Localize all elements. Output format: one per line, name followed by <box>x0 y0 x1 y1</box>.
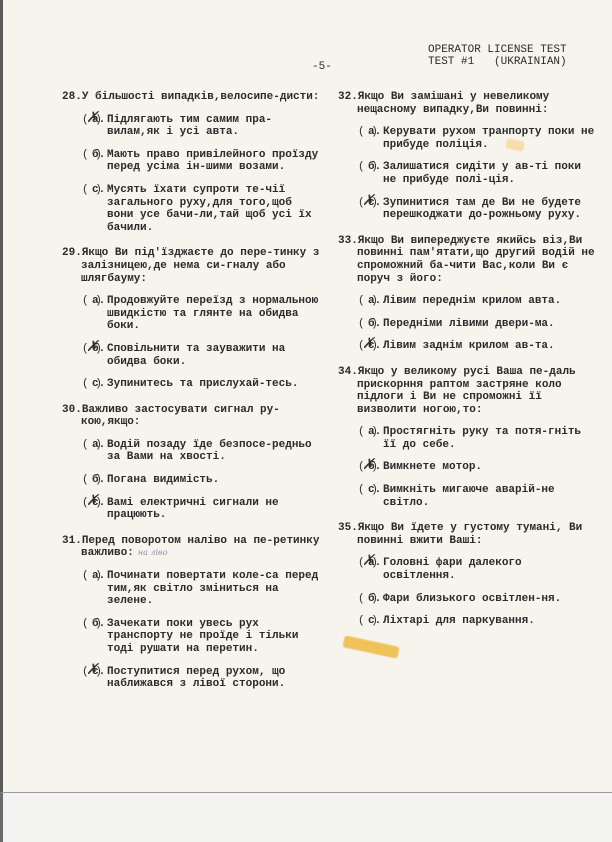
answer-option[interactable]: ( )✗с.Поступитися перед рухом, що наближ… <box>62 666 322 691</box>
question-32: 32.Якщо Ви замішані у невеликому нещасно… <box>338 91 598 222</box>
option-letter: а. <box>92 439 105 452</box>
answer-option[interactable]: ( )с.Мусять їхати супроти те-чії загальн… <box>62 184 322 234</box>
option-text: Вимкнете мотор. <box>383 461 482 473</box>
question-number: 28. <box>62 91 82 103</box>
left-column: 28.У більшості випадків,велосипе-дисти:(… <box>62 91 322 704</box>
option-letter: с. <box>368 197 381 210</box>
answer-option[interactable]: ( )✗с.Лівим заднім крилом ав-та. <box>338 340 598 353</box>
option-text: Передніми лівими двери-ма. <box>383 318 555 330</box>
option-text: Мають право привілейного проїзду перед у… <box>107 149 325 174</box>
question-33: 33.Якщо Ви випереджуєте якийсь віз,Ви по… <box>338 235 598 353</box>
answer-option[interactable]: ( )с.Вимкніть мигаюче аварій-не світло. <box>338 484 598 509</box>
question-34: 34.Якщо у великому русі Ваша пе-даль при… <box>338 366 598 509</box>
option-letter: б. <box>92 618 105 631</box>
answer-option[interactable]: ( )а.Починати повертати коле-са перед ти… <box>62 570 322 608</box>
option-text: Лівим переднім крилом авта. <box>383 295 561 307</box>
option-text: Сповільнити та зауважити на обидва боки. <box>107 343 292 368</box>
answer-option[interactable]: ( )а.Керувати рухом транпорту поки не пр… <box>338 126 598 151</box>
option-letter: а. <box>92 114 105 127</box>
option-letter: б. <box>368 461 381 474</box>
option-text: Підлягають тим самим пра-вилам,як і усі … <box>107 114 272 139</box>
option-letter: б. <box>92 343 105 356</box>
option-letter: с. <box>92 378 105 391</box>
right-column: 32.Якщо Ви замішані у невеликому нещасно… <box>338 91 598 641</box>
answer-option[interactable]: ( )а.Продовжуйте переїзд з нормальною шв… <box>62 295 322 333</box>
option-letter: б. <box>368 593 381 606</box>
question-number: 35. <box>338 522 358 534</box>
answer-option[interactable]: ( )✗с.Зупинитися там де Ви не будете пер… <box>338 197 598 222</box>
question-text: Якщо у великому русі Ваша пе-даль приско… <box>357 366 582 416</box>
option-letter: а. <box>368 426 381 439</box>
answer-option[interactable]: ( )б.Передніми лівими двери-ма. <box>338 318 598 331</box>
question-number: 29. <box>62 247 82 259</box>
question-text: Важливо застосувати сигнал ру-кою,якщо: <box>81 404 280 429</box>
option-text: Головні фари далекого освітлення. <box>383 557 528 582</box>
header-subtitle: TEST #1 (UKRAINIAN) <box>428 56 567 68</box>
option-text: Залишатися сидіти у ав-ті поки не прибуд… <box>383 161 588 186</box>
option-letter: с. <box>92 497 105 510</box>
header-title: OPERATOR LICENSE TEST <box>428 44 567 56</box>
option-text: Починати повертати коле-са перед тим,як … <box>107 570 325 607</box>
option-letter: б. <box>368 318 381 331</box>
option-text: Лівим заднім крилом ав-та. <box>383 340 555 352</box>
answer-option[interactable]: ( )а.Водій позаду їде безпосе-редньо за … <box>62 439 322 464</box>
question-text: Якщо Ви замішані у невеликому нещасному … <box>357 91 556 116</box>
option-letter: а. <box>368 295 381 308</box>
question-text: Перед поворотом наліво на пе-ретинку важ… <box>81 535 326 560</box>
question-text: Якщо Ви їдете у густому тумані, Ви повин… <box>357 522 589 547</box>
option-text: Поступитися перед рухом, що наближався з… <box>107 666 292 691</box>
option-letter: с. <box>368 484 381 497</box>
question-number: 32. <box>338 91 358 103</box>
question-stem: 35.Якщо Ви їдете у густому тумані, Ви по… <box>338 522 598 547</box>
answer-option[interactable]: ( )а.Лівим переднім крилом авта. <box>338 295 598 308</box>
question-stem: 33.Якщо Ви випереджуєте якийсь віз,Ви по… <box>338 235 598 285</box>
option-letter: а. <box>92 570 105 583</box>
answer-option[interactable]: ( )✗а.Головні фари далекого освітлення. <box>338 557 598 582</box>
option-text: Ліхтарі для паркування. <box>383 615 535 627</box>
option-letter: с. <box>368 340 381 353</box>
scan-background <box>0 792 612 842</box>
option-text: Зупинитесь та прислухай-тесь. <box>107 378 298 390</box>
answer-option[interactable]: ( )а.Простягніть руку та потя-гніть її д… <box>338 426 598 451</box>
question-text: Якщо Ви під'їзджаєте до пере-тинку з зал… <box>81 247 326 284</box>
answer-option[interactable]: ( )с.Ліхтарі для паркування. <box>338 615 598 628</box>
question-number: 30. <box>62 404 82 416</box>
question-number: 33. <box>338 235 358 247</box>
answer-option[interactable]: ( )б.Залишатися сидіти у ав-ті поки не п… <box>338 161 598 186</box>
question-number: 31. <box>62 535 82 547</box>
option-letter: б. <box>92 474 105 487</box>
answer-option[interactable]: ( )✗б.Вимкнете мотор. <box>338 461 598 474</box>
test-header: OPERATOR LICENSE TESTTEST #1 (UKRAINIAN) <box>428 44 567 68</box>
option-letter: а. <box>368 557 381 570</box>
page-number: -5- <box>312 61 332 73</box>
question-28: 28.У більшості випадків,велосипе-дисти:(… <box>62 91 322 234</box>
answer-option[interactable]: ( )б.Фари близького освітлен-ня. <box>338 593 598 606</box>
answer-option[interactable]: ( )✗б.Сповільнити та зауважити на обидва… <box>62 343 322 368</box>
option-letter: с. <box>92 184 105 197</box>
answer-option[interactable]: ( )б.Погана видимість. <box>62 474 322 487</box>
option-letter: б. <box>92 149 105 162</box>
answer-option[interactable]: ( )с.Зупинитесь та прислухай-тесь. <box>62 378 322 391</box>
option-text: Вамі електричні сигнали не працюють. <box>107 497 285 522</box>
question-stem: 31.Перед поворотом наліво на пе-ретинку … <box>62 535 322 560</box>
question-stem: 34.Якщо у великому русі Ваша пе-даль при… <box>338 366 598 416</box>
question-31: 31.Перед поворотом наліво на пе-ретинку … <box>62 535 322 691</box>
option-text: Водій позаду їде безпосе-редньо за Вами … <box>107 439 318 464</box>
option-letter: б. <box>368 161 381 174</box>
answer-option[interactable]: ( )✗а.Підлягають тим самим пра-вилам,як … <box>62 114 322 139</box>
question-stem: 29.Якщо Ви під'їзджаєте до пере-тинку з … <box>62 247 322 285</box>
question-number: 34. <box>338 366 358 378</box>
question-29: 29.Якщо Ви під'їзджаєте до пере-тинку з … <box>62 247 322 390</box>
question-text: У більшості випадків,велосипе-дисти: <box>82 91 320 103</box>
option-letter: с. <box>92 666 105 679</box>
option-text: Зачекати поки увесь рух транспорту не пр… <box>107 618 305 655</box>
option-letter: а. <box>92 295 105 308</box>
question-stem: 30.Важливо застосувати сигнал ру-кою,якщ… <box>62 404 322 429</box>
option-text: Фари близького освітлен-ня. <box>383 593 561 605</box>
question-35: 35.Якщо Ви їдете у густому тумані, Ви по… <box>338 522 598 628</box>
option-text: Керувати рухом транпорту поки не прибуде… <box>383 126 601 151</box>
question-30: 30.Важливо застосувати сигнал ру-кою,якщ… <box>62 404 322 522</box>
option-text: Продовжуйте переїзд з нормальною швидкіс… <box>107 295 325 332</box>
option-letter: с. <box>368 615 381 628</box>
answer-option[interactable]: ( )б.Зачекати поки увесь рух транспорту … <box>62 618 322 656</box>
question-stem: 28.У більшості випадків,велосипе-дисти: <box>62 91 322 104</box>
option-text: Мусять їхати супроти те-чії загального р… <box>107 184 318 234</box>
option-text: Зупинитися там де Ви не будете перешкодж… <box>383 197 588 222</box>
question-text: Якщо Ви випереджуєте якийсь віз,Ви повин… <box>357 235 601 285</box>
question-stem: 32.Якщо Ви замішані у невеликому нещасно… <box>338 91 598 116</box>
answer-option[interactable]: ( )✗с.Вамі електричні сигнали не працюют… <box>62 497 322 522</box>
answer-option[interactable]: ( )б.Мають право привілейного проїзду пе… <box>62 149 322 174</box>
handwritten-note: на лiво <box>138 548 168 557</box>
option-letter: а. <box>368 126 381 139</box>
option-text: Простягніть руку та потя-гніть її до себ… <box>383 426 588 451</box>
option-text: Вимкніть мигаюче аварій-не світло. <box>383 484 561 509</box>
option-text: Погана видимість. <box>107 474 219 486</box>
